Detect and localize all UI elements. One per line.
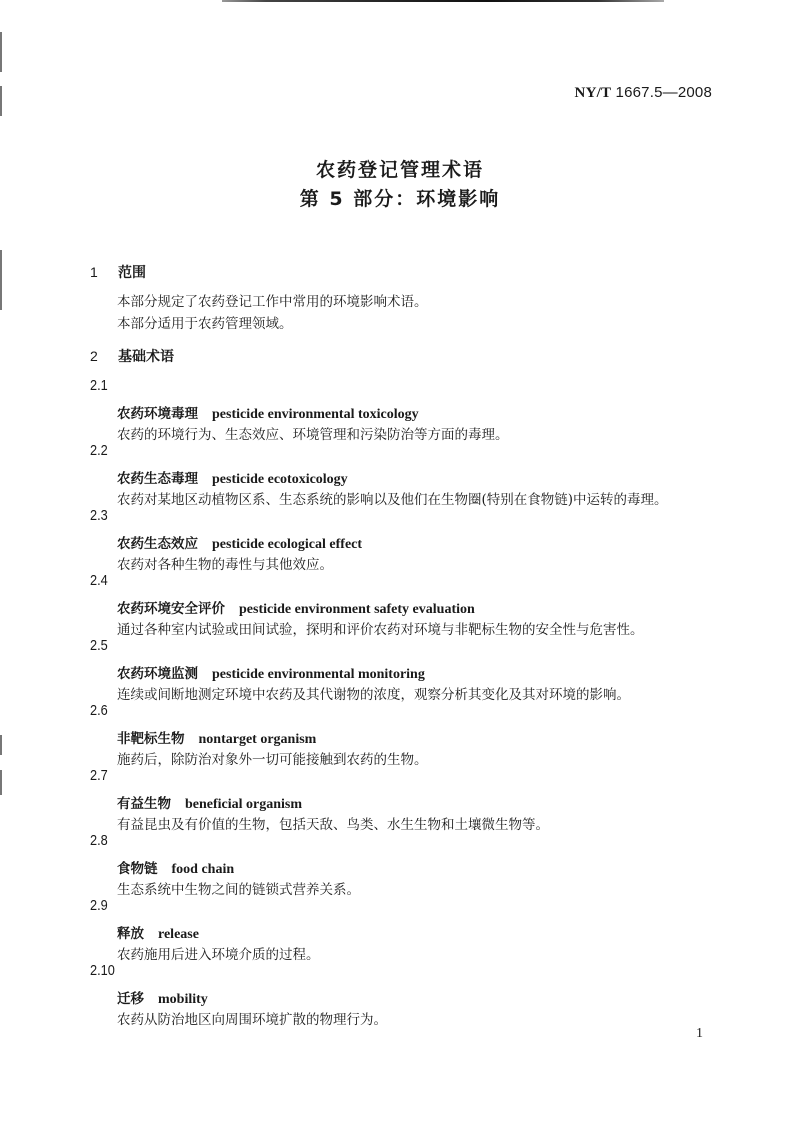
term-heading: 释放release xyxy=(117,922,199,943)
term-zh: 食物链 xyxy=(117,861,158,877)
document-title: 农药登记管理术语 xyxy=(0,155,800,182)
scope-paragraph: 本部分规定了农药登记工作中常用的环境影响术语。 xyxy=(117,294,428,310)
section-title: 范围 xyxy=(118,265,146,281)
term-heading: 农药环境安全评价pesticide environment safety eva… xyxy=(117,597,475,618)
term-heading: 非靶标生物nontarget organism xyxy=(117,727,316,748)
term-number: 2.9 xyxy=(90,897,108,914)
top-border-line xyxy=(222,0,664,2)
term-heading: 农药生态毒理pesticide ecotoxicology xyxy=(117,467,348,488)
term-zh: 农药生态毒理 xyxy=(117,471,198,487)
scan-edge-mark xyxy=(0,32,2,72)
term-definition: 农药的环境行为、生态效应、环境管理和污染防治等方面的毒理。 xyxy=(117,423,509,443)
term-zh: 非靶标生物 xyxy=(117,731,185,747)
term-number: 2.1 xyxy=(90,377,108,394)
section-heading-basic-terms: 2基础术语 xyxy=(90,346,174,366)
term-en: mobility xyxy=(158,992,208,1007)
term-zh: 农药生态效应 xyxy=(117,536,198,552)
term-en: beneficial organism xyxy=(185,797,302,812)
section-number: 1 xyxy=(90,264,118,280)
term-heading: 农药生态效应pesticide ecological effect xyxy=(117,532,362,553)
section-number: 2 xyxy=(90,348,118,364)
term-number: 2.2 xyxy=(90,442,108,459)
term-number: 2.5 xyxy=(90,637,108,654)
term-en: pesticide environment safety evaluation xyxy=(239,602,475,617)
term-definition: 施药后，除防治对象外一切可能接触到农药的生物。 xyxy=(117,748,428,768)
standard-code-prefix: NY/T xyxy=(575,85,612,101)
term-zh: 农药环境监测 xyxy=(117,666,198,682)
term-number: 2.8 xyxy=(90,832,108,849)
term-definition: 生态系统中生物之间的链锁式营养关系。 xyxy=(117,878,360,898)
term-heading: 食物链food chain xyxy=(117,857,234,878)
term-zh: 迁移 xyxy=(117,991,144,1007)
scan-edge-mark xyxy=(0,735,2,755)
term-heading: 迁移mobility xyxy=(117,987,208,1008)
term-definition: 通过各种室内试验或田间试验，探明和评价农药对环境与非靶标生物的安全性与危害性。 xyxy=(117,618,644,638)
term-en: pesticide ecological effect xyxy=(212,537,362,552)
section-heading-scope: 1范围 xyxy=(90,262,146,282)
term-definition: 农药施用后进入环境介质的过程。 xyxy=(117,943,320,963)
scan-edge-mark xyxy=(0,250,2,310)
term-heading: 有益生物beneficial organism xyxy=(117,792,302,813)
term-definition: 连续或间断地测定环境中农药及其代谢物的浓度，观察分析其变化及其对环境的影响。 xyxy=(117,683,630,703)
term-zh: 释放 xyxy=(117,926,144,942)
term-en: pesticide ecotoxicology xyxy=(212,472,348,487)
term-heading: 农药环境毒理pesticide environmental toxicology xyxy=(117,402,419,423)
document-subtitle: 第 5 部分：环境影响 xyxy=(0,184,800,211)
term-zh: 农药环境毒理 xyxy=(117,406,198,422)
term-number: 2.6 xyxy=(90,702,108,719)
term-definition: 农药对各种生物的毒性与其他效应。 xyxy=(117,553,333,573)
term-en: nontarget organism xyxy=(199,732,317,747)
term-zh: 农药环境安全评价 xyxy=(117,601,225,617)
term-number: 2.3 xyxy=(90,507,108,524)
term-definition: 农药从防治地区向周围环境扩散的物理行为。 xyxy=(117,1008,387,1028)
term-heading: 农药环境监测pesticide environmental monitoring xyxy=(117,662,425,683)
term-en: release xyxy=(158,927,199,942)
term-number: 2.7 xyxy=(90,767,108,784)
term-en: pesticide environmental toxicology xyxy=(212,407,419,422)
term-en: food chain xyxy=(172,862,235,877)
page-number: 1 xyxy=(696,1026,703,1042)
term-definition: 农药对某地区动植物区系、生态系统的影响以及他们在生物圈(特别在食物链)中运转的毒… xyxy=(117,488,668,508)
section-title: 基础术语 xyxy=(118,349,174,365)
term-en: pesticide environmental monitoring xyxy=(212,667,425,682)
term-number: 2.4 xyxy=(90,572,108,589)
term-definition: 有益昆虫及有价值的生物，包括天敌、鸟类、水生生物和土壤微生物等。 xyxy=(117,813,549,833)
term-number: 2.10 xyxy=(90,962,115,979)
term-zh: 有益生物 xyxy=(117,796,171,812)
scan-edge-mark xyxy=(0,86,2,116)
standard-code-number: 1667.5—2008 xyxy=(616,84,712,101)
scope-paragraph: 本部分适用于农药管理领域。 xyxy=(117,316,293,332)
scan-edge-mark xyxy=(0,770,2,795)
standard-code: NY/T 1667.5—2008 xyxy=(575,84,712,102)
